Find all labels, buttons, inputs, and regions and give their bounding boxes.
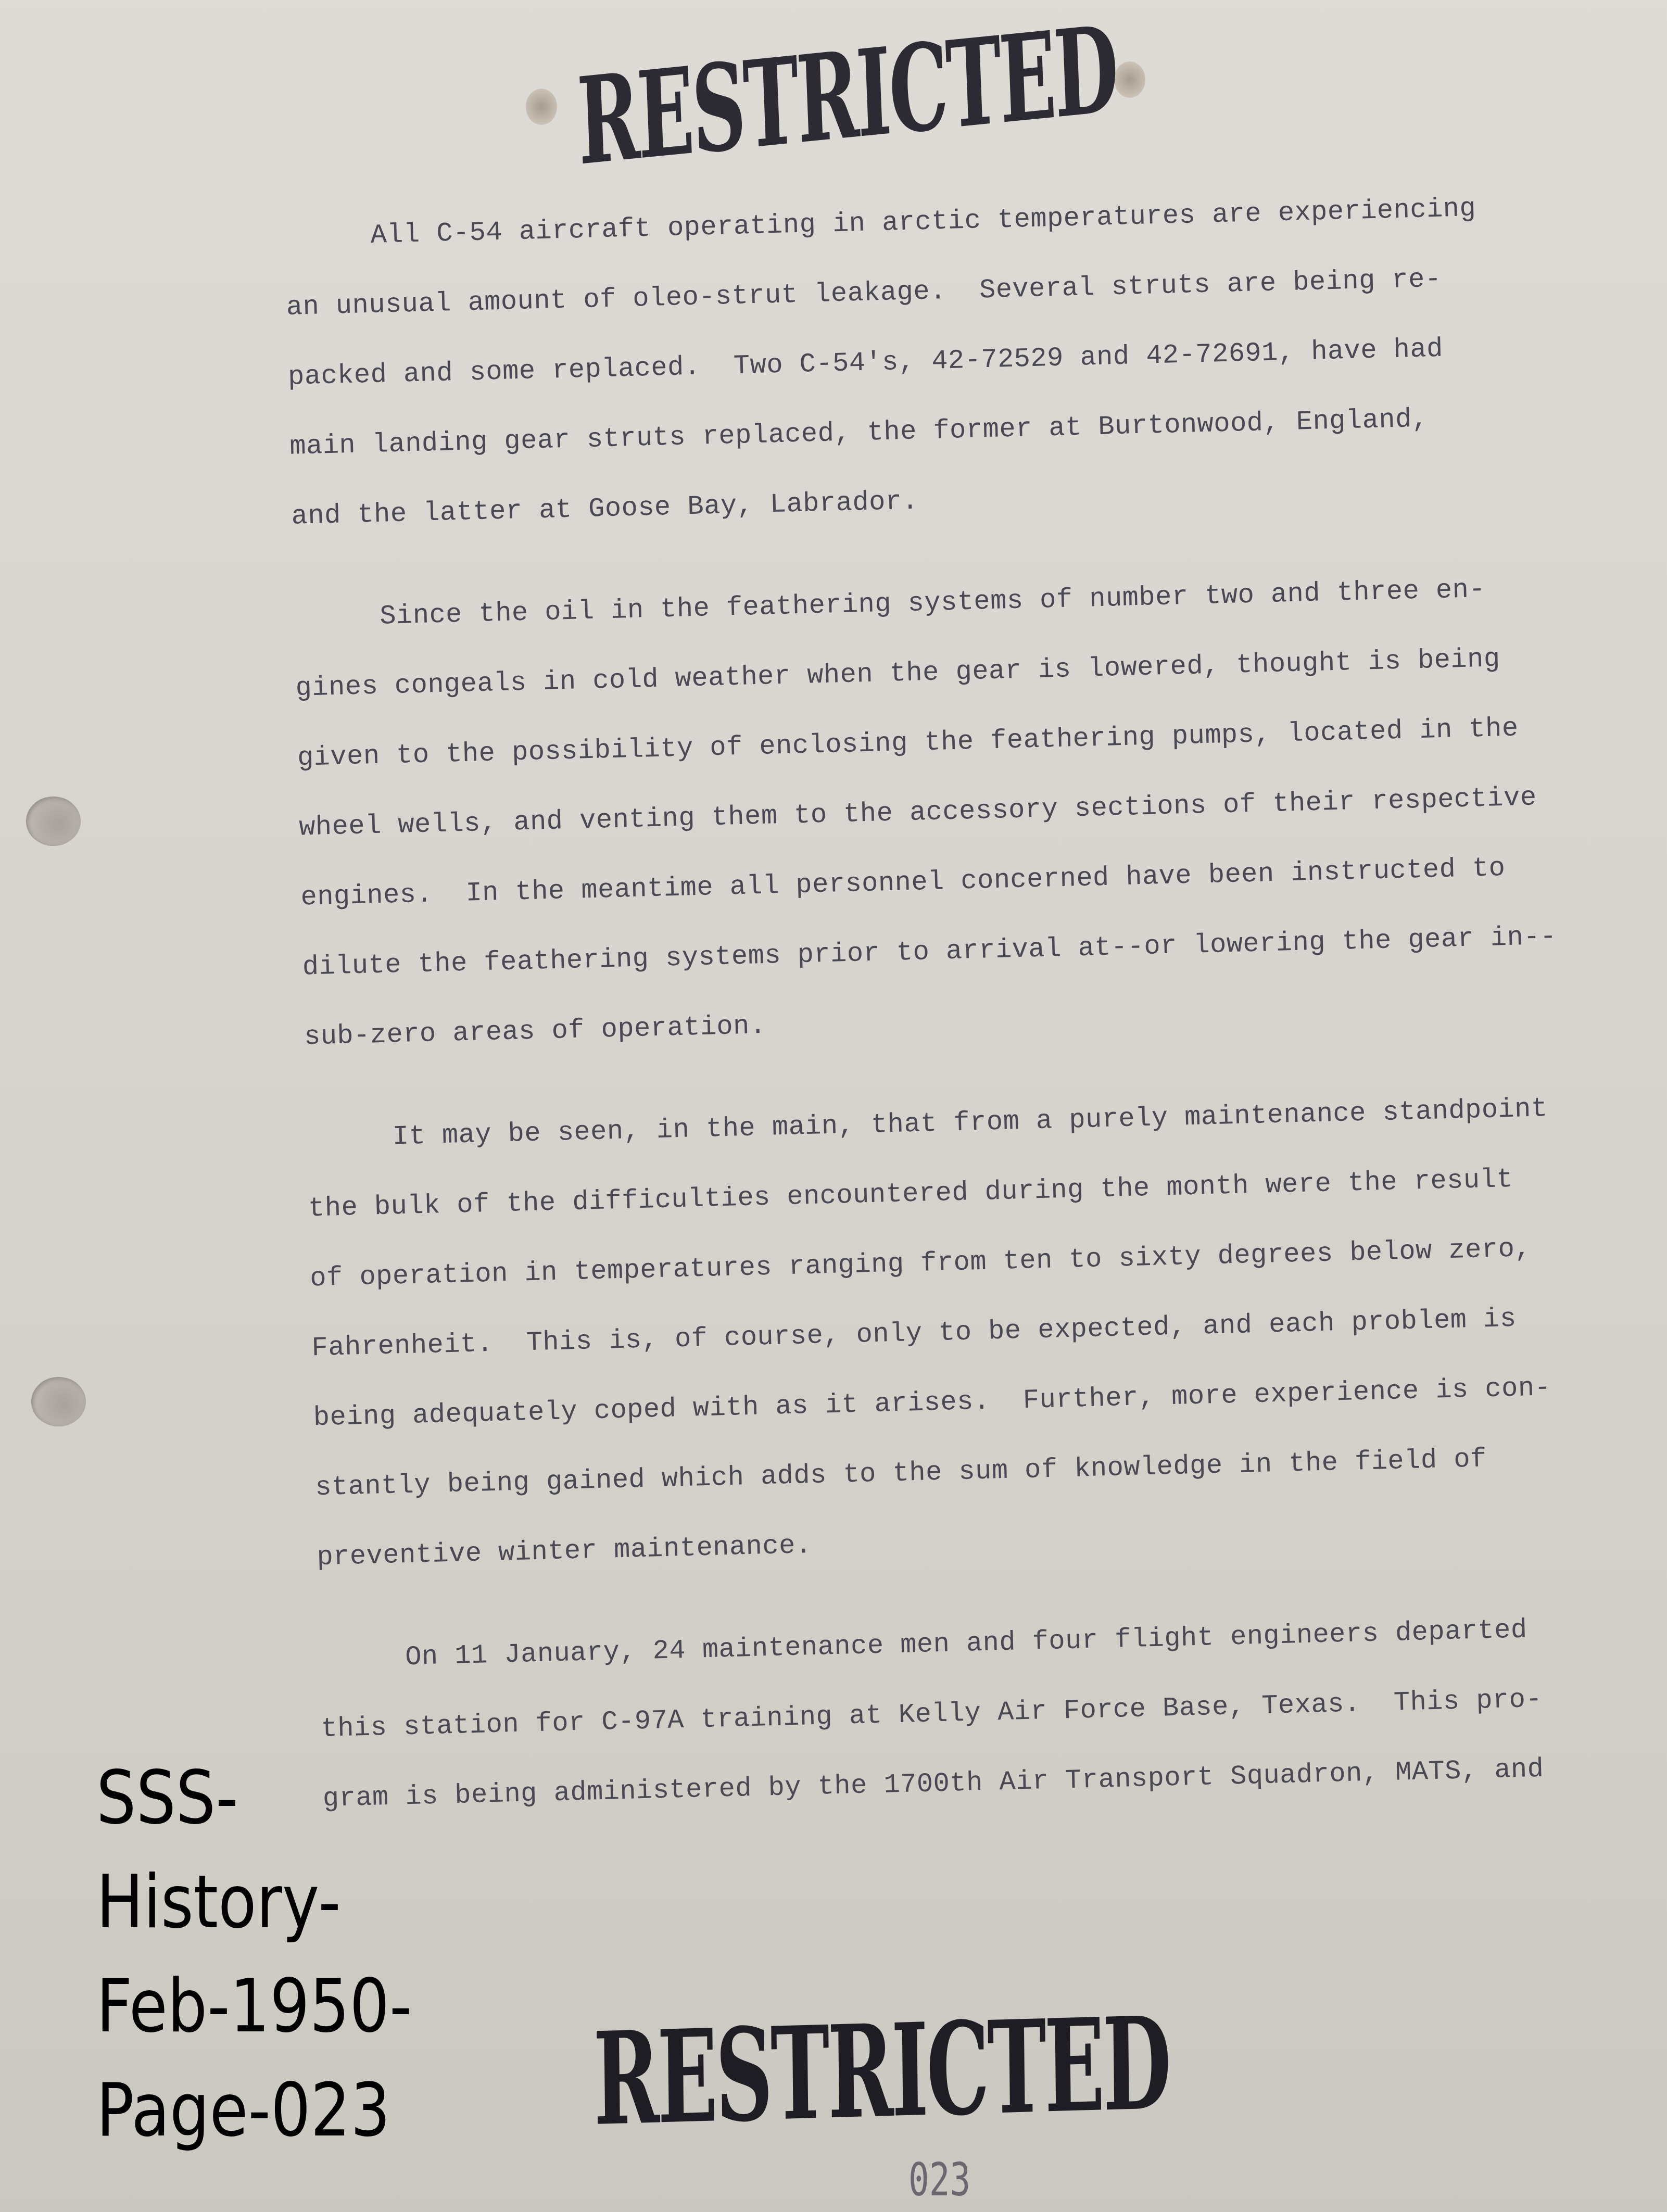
classification-stamp-bottom: RESTRICTED	[592, 1988, 1170, 2154]
punch-hole-icon	[31, 1377, 86, 1426]
punch-hole-icon	[26, 797, 81, 846]
archive-label-line: Page-023	[96, 2059, 412, 2163]
staple-hole-icon	[1114, 61, 1145, 98]
archive-label-line: SSS-	[96, 1747, 412, 1851]
document-body: All C-54 aircraft operating in arctic te…	[284, 169, 1667, 1866]
staple-hole-icon	[526, 89, 557, 125]
page-number: 023	[908, 2153, 970, 2206]
archive-label: SSS- History- Feb-1950- Page-023	[96, 1747, 412, 2163]
paragraph: All C-54 aircraft operating in arctic te…	[284, 169, 1666, 551]
archive-label-line: History-	[96, 1851, 412, 1955]
classification-stamp-top: RESTRICTED	[575, 0, 1119, 193]
archive-label-line: Feb-1950-	[96, 1955, 412, 2059]
paragraph: Since the oil in the feathering systems …	[293, 550, 1667, 1072]
paragraph: It may be seen, in the main, that from a…	[306, 1071, 1667, 1592]
paragraph: On 11 January, 24 maintenance men and fo…	[319, 1591, 1667, 1834]
document-page: RESTRICTED All C-54 aircraft operating i…	[0, 0, 1667, 2212]
